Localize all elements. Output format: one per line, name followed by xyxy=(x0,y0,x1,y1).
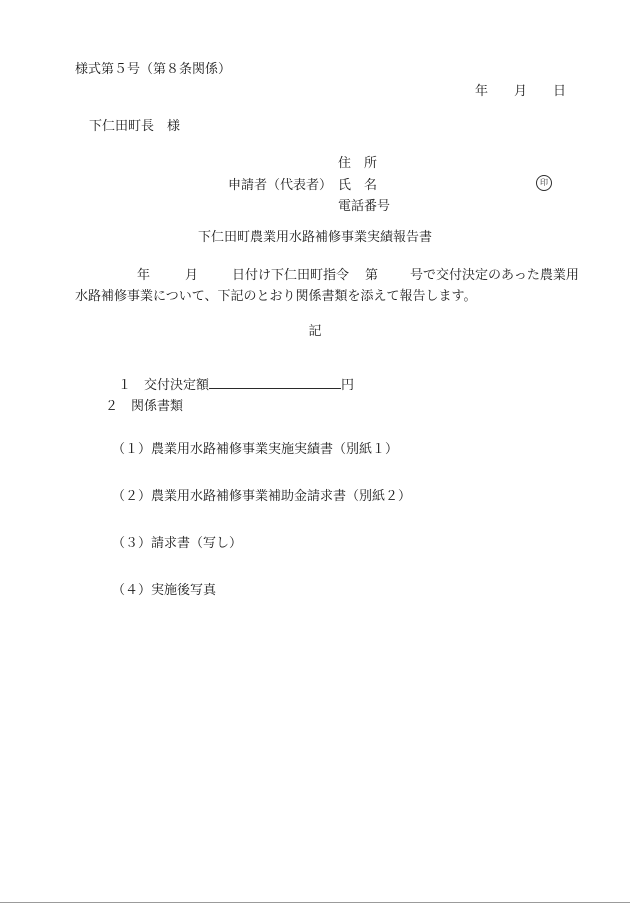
body-number-prefix: 第 xyxy=(365,268,378,281)
applicant-address-label: 住 所 xyxy=(338,156,377,169)
attachment-item: （４）実施後写真 xyxy=(112,583,411,604)
attachment-item: （３）請求書（写し） xyxy=(112,536,411,557)
documents-heading: ２ 関係書類 xyxy=(105,399,183,412)
document-title: 下仁田町農業用水路補修事業実績報告書 xyxy=(0,230,630,243)
body-year-label: 年 xyxy=(137,268,150,281)
applicant-phone-label: 電話番号 xyxy=(338,199,390,212)
body-directive-label: 日付け下仁田町指令 xyxy=(232,268,349,281)
document-page: 様式第５号（第８条関係） 年 月 日 下仁田町長 様 住 所 申請者（代表者） … xyxy=(0,0,630,903)
attachment-item: （２）農業用水路補修事業補助金請求書（別紙２） xyxy=(112,489,411,510)
body-line1-rest: 号で交付決定のあった農業用 xyxy=(410,268,579,281)
body-month-label: 月 xyxy=(185,268,198,281)
grant-amount-blank-field xyxy=(209,375,341,389)
form-number: 様式第５号（第８条関係） xyxy=(75,62,231,75)
seal-icon: 印 xyxy=(536,175,552,191)
grant-amount-label: １ 交付決定額 xyxy=(118,377,209,392)
grant-amount-unit: 円 xyxy=(341,377,354,392)
applicant-name-label: 氏 名 xyxy=(338,178,377,191)
note-marker: 記 xyxy=(0,324,630,337)
issue-date-line: 年 月 日 xyxy=(475,84,566,97)
attachment-item: （１）農業用水路補修事業実施実績書（別紙１） xyxy=(112,442,411,463)
addressee: 下仁田町長 様 xyxy=(89,119,180,132)
body-line2: 水路補修事業について、下記のとおり関係書類を添えて報告します。 xyxy=(75,289,476,302)
applicant-label: 申請者（代表者） xyxy=(228,178,332,191)
seal-character: 印 xyxy=(540,179,548,187)
attachment-list: （１）農業用水路補修事業実施実績書（別紙１） （２）農業用水路補修事業補助金請求… xyxy=(112,416,411,630)
